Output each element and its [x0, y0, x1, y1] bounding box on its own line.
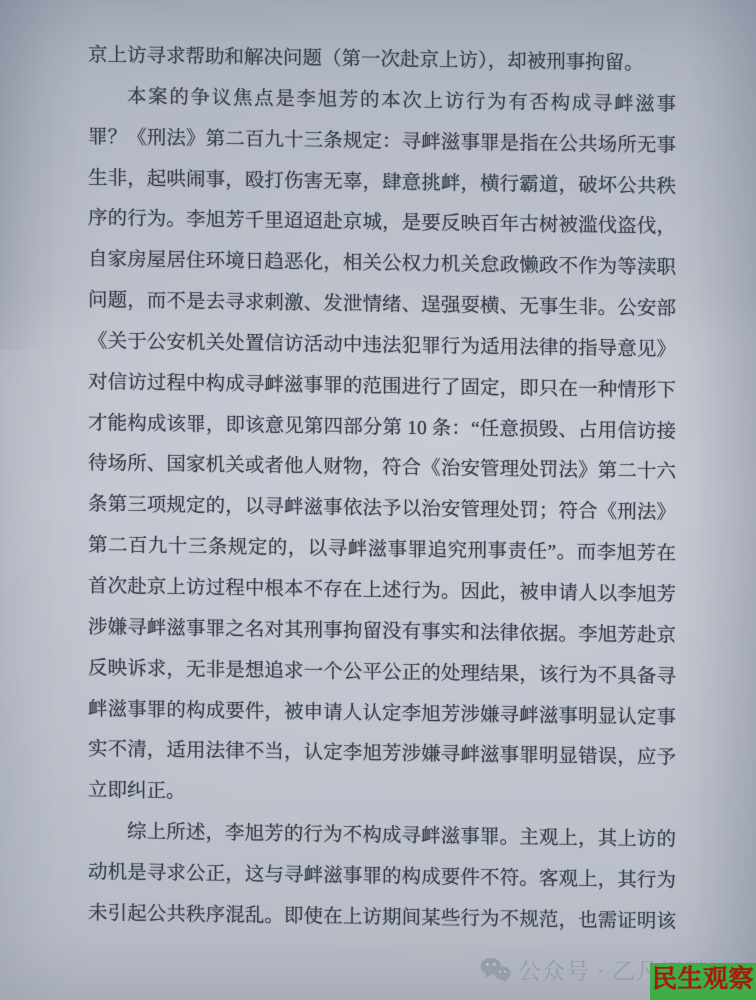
document-text: 京上访寻求帮助和解决问题（第一次赴京上访），却被刑事拘留。本案的争议焦点是李旭芳… [88, 36, 676, 943]
document-line: 未引起公共秩序混乱。即使在上访期间某些行为不规范，也需证明该 [88, 894, 676, 944]
document-photo: 京上访寻求帮助和解决问题（第一次赴京上访），却被刑事拘留。本案的争议焦点是李旭芳… [0, 0, 756, 1000]
paper-shading-right [686, 0, 756, 1000]
wechat-icon [480, 957, 511, 983]
watermark-text: 公众号 · 乙凡 [518, 953, 660, 986]
minsheng-guancha-stamp: 民生观察 [650, 963, 756, 1000]
